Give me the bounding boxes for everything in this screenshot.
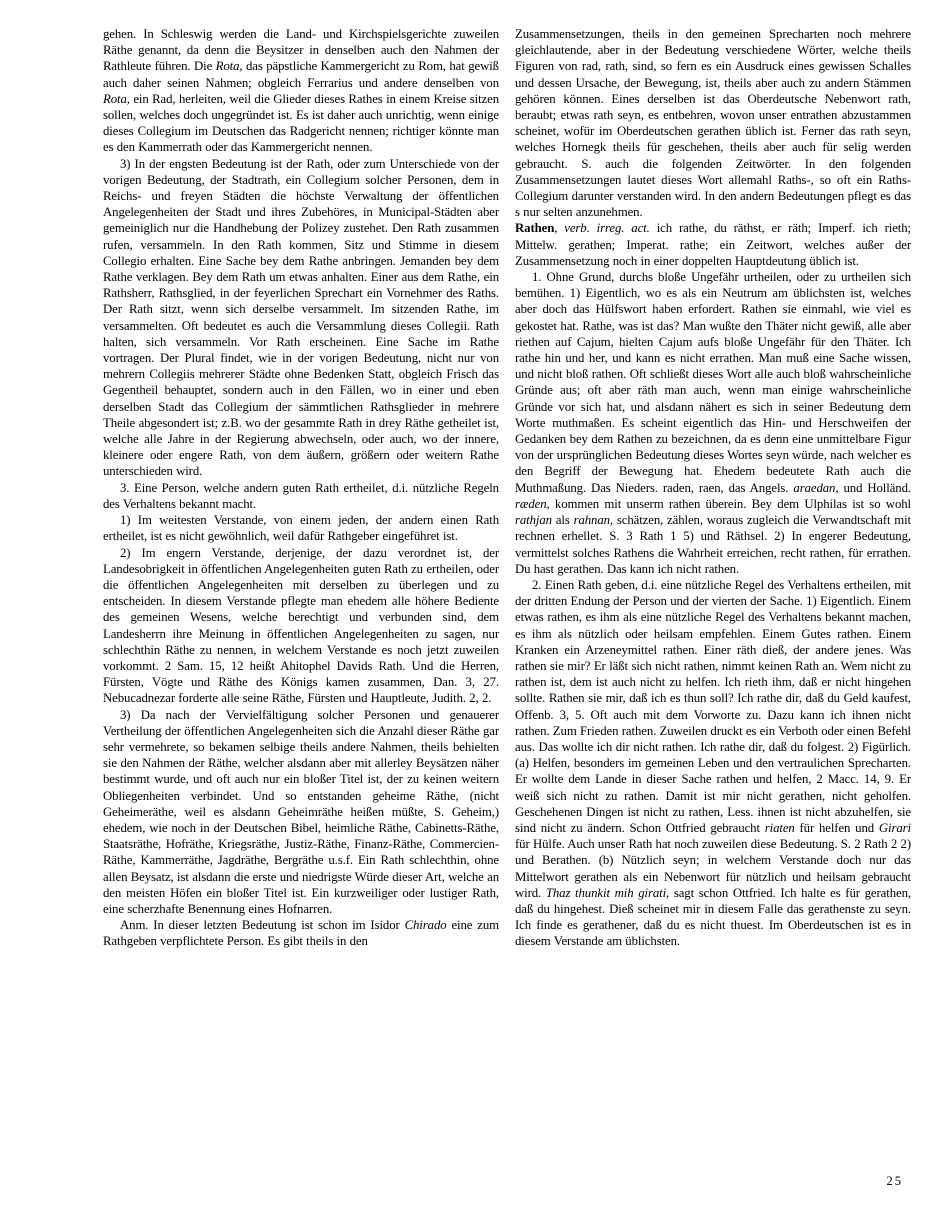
- italic-text: Chirado: [405, 918, 447, 932]
- italic-text: verb. irreg. act.: [564, 221, 649, 235]
- italic-text: rathjan: [515, 513, 552, 527]
- body-text: 3. Eine Person, welche andern guten Rath…: [103, 481, 499, 511]
- paragraph: Zusammensetzungen, theils in den gemeine…: [515, 26, 911, 220]
- body-text: 2) Im engern Verstande, derjenige, der d…: [103, 546, 499, 706]
- body-text: als: [552, 513, 574, 527]
- text-columns: gehen. In Schleswig werden die Land- und…: [0, 0, 935, 950]
- body-text: ein Rad, herleiten, weil die Glieder die…: [103, 92, 499, 155]
- paragraph: 2. Einen Rath geben, d.i. eine nützliche…: [515, 577, 911, 950]
- body-text: Zusammensetzungen, theils in den gemeine…: [515, 27, 911, 219]
- paragraph: 1. Ohne Grund, durchs bloße Ungefähr urt…: [515, 269, 911, 577]
- paragraph: Rathen, verb. irreg. act. ich rathe, du …: [515, 220, 911, 269]
- italic-text: Girari: [879, 821, 911, 835]
- body-text: kommen mit unserm rathen überein. Bey de…: [550, 497, 911, 511]
- paragraph: 2) Im engern Verstande, derjenige, der d…: [103, 545, 499, 707]
- italic-text: araedan,: [793, 481, 838, 495]
- paragraph: Anm. In dieser letzten Bedeutung ist sch…: [103, 917, 499, 949]
- body-text: ,: [554, 221, 564, 235]
- document-page: gehen. In Schleswig werden die Land- und…: [0, 0, 935, 1210]
- text-column-left: gehen. In Schleswig werden die Land- und…: [103, 26, 499, 950]
- paragraph: 3. Eine Person, welche andern guten Rath…: [103, 480, 499, 512]
- body-text: 2. Einen Rath geben, d.i. eine nützliche…: [515, 578, 911, 835]
- body-text: 1) Im weitesten Verstande, von einem jed…: [103, 513, 499, 543]
- italic-text: rahnan,: [574, 513, 613, 527]
- italic-text: Thaz thunkit mih girati,: [546, 886, 669, 900]
- text-column-right: Zusammensetzungen, theils in den gemeine…: [515, 26, 911, 950]
- paragraph: 3) In der engsten Bedeutung ist der Rath…: [103, 156, 499, 480]
- body-text: 3) In der engsten Bedeutung ist der Rath…: [103, 157, 499, 479]
- body-text: für helfen und: [795, 821, 879, 835]
- paragraph: gehen. In Schleswig werden die Land- und…: [103, 26, 499, 156]
- paragraph: 3) Da nach der Vervielfältigung solcher …: [103, 707, 499, 918]
- italic-text: ræden,: [515, 497, 550, 511]
- body-text: 1. Ohne Grund, durchs bloße Ungefähr urt…: [515, 270, 911, 495]
- headword-text: Rathen: [515, 221, 554, 235]
- body-text: 3) Da nach der Vervielfältigung solcher …: [103, 708, 499, 916]
- page-number: 25: [887, 1174, 904, 1189]
- body-text: Anm. In dieser letzten Bedeutung ist sch…: [120, 918, 405, 932]
- paragraph: 1) Im weitesten Verstande, von einem jed…: [103, 512, 499, 544]
- italic-text: Rota,: [216, 59, 243, 73]
- italic-text: Rota,: [103, 92, 130, 106]
- italic-text: riaten: [765, 821, 795, 835]
- body-text: und Holländ.: [838, 481, 911, 495]
